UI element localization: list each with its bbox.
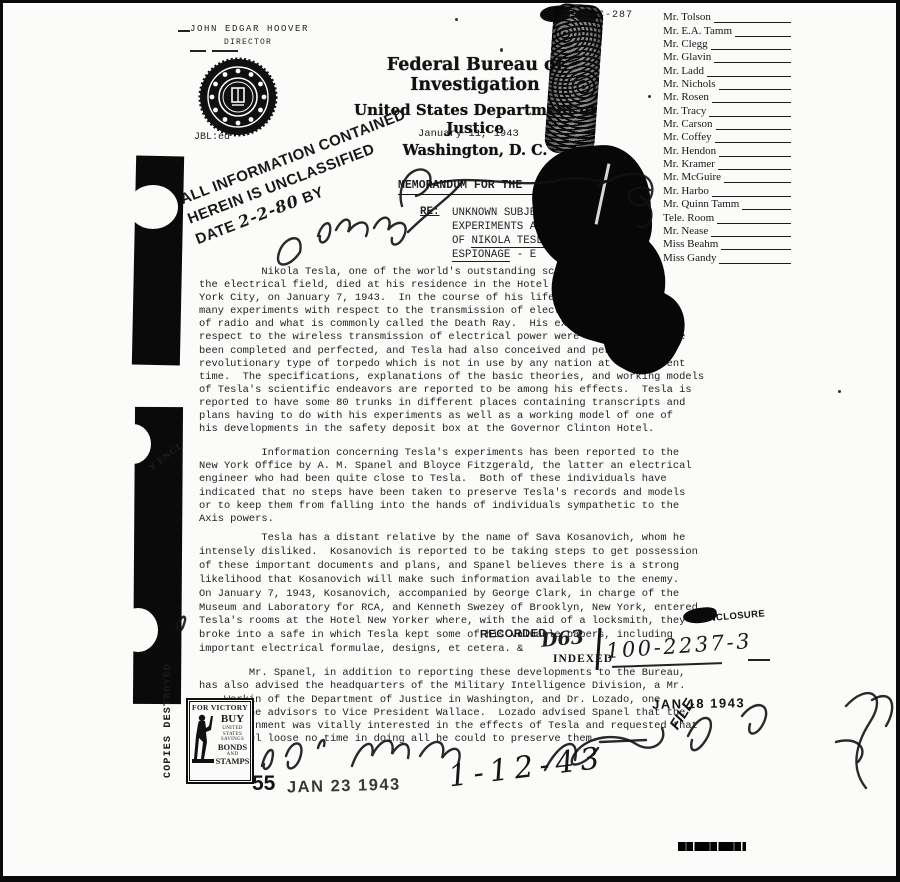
routing-underline (709, 106, 791, 117)
underline-mark (748, 659, 770, 661)
routing-name: Mr. Quinn Tamm (663, 198, 739, 210)
routing-entry: Mr. Tolson (663, 10, 791, 23)
stamp-by-label: BY (300, 184, 326, 208)
text-line: New York Office by A. M. Spanel and Bloy… (199, 460, 759, 473)
routing-underline (742, 199, 791, 210)
scan-border-bottom (0, 876, 900, 882)
recorded-stamp: RECORDED (480, 627, 547, 640)
text-line: or to keep them from falling into the ha… (199, 500, 759, 513)
routing-underline (719, 253, 791, 264)
bonds-header: FOR VICTORY (192, 703, 248, 712)
routing-name: Mr. Rosen (663, 91, 709, 103)
routing-underline (718, 159, 791, 170)
routing-name: Mr. Tolson (663, 11, 711, 23)
text-line: Nikola Tesla, one of the world's outstan… (199, 266, 759, 279)
scan-artifact-dash (190, 50, 206, 52)
director-title: DIRECTOR (224, 38, 272, 47)
routing-underline (712, 92, 791, 103)
minuteman-icon (191, 713, 215, 765)
routing-name: Mr. E.A. Tamm (663, 25, 732, 37)
text-line: has also advised the headquarters of the… (199, 680, 759, 693)
re-line-3: OF NIKOLA TESLA (452, 234, 549, 248)
routing-underline (719, 79, 791, 90)
routing-entry: Mr. Glavin (663, 50, 791, 63)
handwritten-date: 1-12-43 (446, 741, 607, 795)
routing-entry: Mr. Tracy (663, 103, 791, 116)
jan-23-date-stamp: JAN 23 1943 (287, 776, 401, 798)
routing-underline (711, 39, 791, 50)
text-line: Tesla's rooms at the Hotel New Yorker wh… (199, 615, 759, 629)
routing-underline (717, 213, 791, 224)
text-line: of Tesla's scientific endeavors are repo… (199, 384, 759, 397)
routing-underline (712, 186, 791, 197)
routing-name: Mr. Ladd (663, 65, 704, 77)
indexed-stamp: INDEXED (553, 653, 613, 665)
routing-entry: Miss Beahm (663, 237, 791, 250)
routing-name: Mr. Clegg (663, 38, 708, 50)
routing-underline (707, 66, 791, 77)
text-line: indicated that no steps have been taken … (199, 487, 759, 500)
routing-entry: Mr. Ladd (663, 63, 791, 76)
scan-artifact-dash (178, 30, 190, 32)
re-line-4: ESPIONAGE - E (452, 248, 549, 262)
scan-speck (500, 48, 503, 52)
routing-name: Mr. Carson (663, 118, 713, 130)
routing-name: Miss Gandy (663, 252, 716, 264)
scan-artifact-bar (678, 842, 746, 851)
routing-underline (735, 26, 791, 37)
routing-list: Mr. Tolson Mr. E.A. Tamm Mr. Clegg Mr. G… (663, 10, 791, 264)
re-label: RE: (420, 206, 439, 218)
text-line: reported to have some 80 trunks in diffe… (199, 397, 759, 410)
routing-entry: Mr. Harbo (663, 183, 791, 196)
text-line: of these important documents and plans, … (199, 560, 759, 574)
text-line: Axis powers. (199, 513, 759, 526)
routing-underline (715, 132, 791, 143)
scan-speck (838, 390, 841, 393)
handwritten-d63: D63 (540, 626, 585, 652)
text-line: Spanel loose no time in doing all he cou… (199, 733, 759, 746)
routing-name: Mr. Coffey (663, 131, 712, 143)
routing-entry: Mr. McGuire (663, 170, 791, 183)
paragraph-2: Information concerning Tesla's experimen… (199, 447, 759, 526)
routing-name: Mr. Tracy (663, 105, 706, 117)
scanned-fbi-memo-page: JOHN EDGAR HOOVER DIRECTOR JBL:ed Federa… (0, 0, 900, 882)
scan-border-top (0, 0, 900, 3)
text-line: time. The specifications, explanations o… (199, 371, 759, 384)
routing-underline (714, 52, 791, 63)
text-line: likelihood that Kosanovich will make suc… (199, 574, 759, 588)
bonds-stamps: STAMPS (216, 757, 250, 766)
text-line: engineer who had been quite close to Tes… (199, 473, 759, 486)
form-number: C-287 (598, 10, 633, 21)
text-line: the electrical field, died at his reside… (199, 279, 759, 292)
text-line: Mr. Spanel, in addition to reporting the… (199, 667, 759, 680)
routing-underline (711, 226, 791, 237)
text-line: his developments in the safety deposit b… (199, 423, 759, 436)
routing-name: Mr. Kramer (663, 158, 715, 170)
routing-underline (719, 146, 791, 157)
routing-underline (714, 12, 791, 23)
fbi-seal-icon (198, 57, 278, 137)
scan-speck (648, 95, 651, 98)
routing-entry: Tele. Room (663, 210, 791, 223)
text-line: Information concerning Tesla's experimen… (199, 447, 759, 460)
text-line: On January 7, 1943, Kosanovich, accompan… (199, 588, 759, 602)
routing-name: Tele. Room (663, 212, 714, 224)
routing-underline (724, 172, 791, 183)
routing-entry: Mr. Rosen (663, 90, 791, 103)
routing-name: Mr. Glavin (663, 51, 711, 63)
routing-underline (721, 239, 791, 250)
bonds-buy: BUY (221, 713, 244, 725)
routing-entry: Mr. Coffey (663, 130, 791, 143)
text-line: revolutionary type of torpedo which is n… (199, 358, 759, 371)
routing-entry: Mr. Hendon (663, 143, 791, 156)
routing-name: Mr. Harbo (663, 185, 709, 197)
routing-entry: Mr. Kramer (663, 157, 791, 170)
punch-hole (115, 424, 151, 464)
director-name: JOHN EDGAR HOOVER (190, 24, 309, 34)
text-line: intensely disliked. Kosanovich is report… (199, 546, 759, 560)
routing-name: Mr. Nichols (663, 78, 716, 90)
bonds-bonds: BONDS (218, 743, 247, 752)
war-bonds-stamp: FOR VICTORY BUY UNITED STATES SAVINGS BO… (186, 698, 254, 784)
routing-entry: Mr. E.A. Tamm (663, 23, 791, 36)
routing-name: Mr. Nease (663, 225, 708, 237)
routing-entry: Miss Gandy (663, 250, 791, 263)
routing-name: Miss Beahm (663, 238, 718, 250)
text-line: plans having to do with his experiments … (199, 410, 759, 423)
scan-border-right (896, 0, 900, 882)
routing-name: Mr. McGuire (663, 171, 721, 183)
ink-blot-speckle (544, 2, 604, 155)
text-line: Tesla has a distant relative by the name… (199, 532, 759, 546)
routing-entry: Mr. Clegg (663, 37, 791, 50)
routing-underline (716, 119, 792, 130)
clerk-number-55: 55 (252, 772, 275, 796)
punch-hole (128, 185, 178, 229)
routing-name: Mr. Hendon (663, 145, 716, 157)
routing-entry: Mr. Carson (663, 117, 791, 130)
punch-hole (118, 608, 158, 652)
text-line: Museum and Laboratory for RCA, and Kenne… (199, 602, 759, 616)
scan-speck (455, 18, 458, 21)
routing-entry: Mr. Quinn Tamm (663, 197, 791, 210)
copies-destroyed-stamp: COPIES DESTROYED (163, 628, 174, 778)
routing-entry: Mr. Nichols (663, 77, 791, 90)
scan-border-left (0, 0, 3, 882)
jan-18-date-stamp: JAN 18 1943 (652, 695, 745, 712)
scan-artifact-dash (212, 50, 238, 52)
routing-entry: Mr. Nease (663, 224, 791, 237)
